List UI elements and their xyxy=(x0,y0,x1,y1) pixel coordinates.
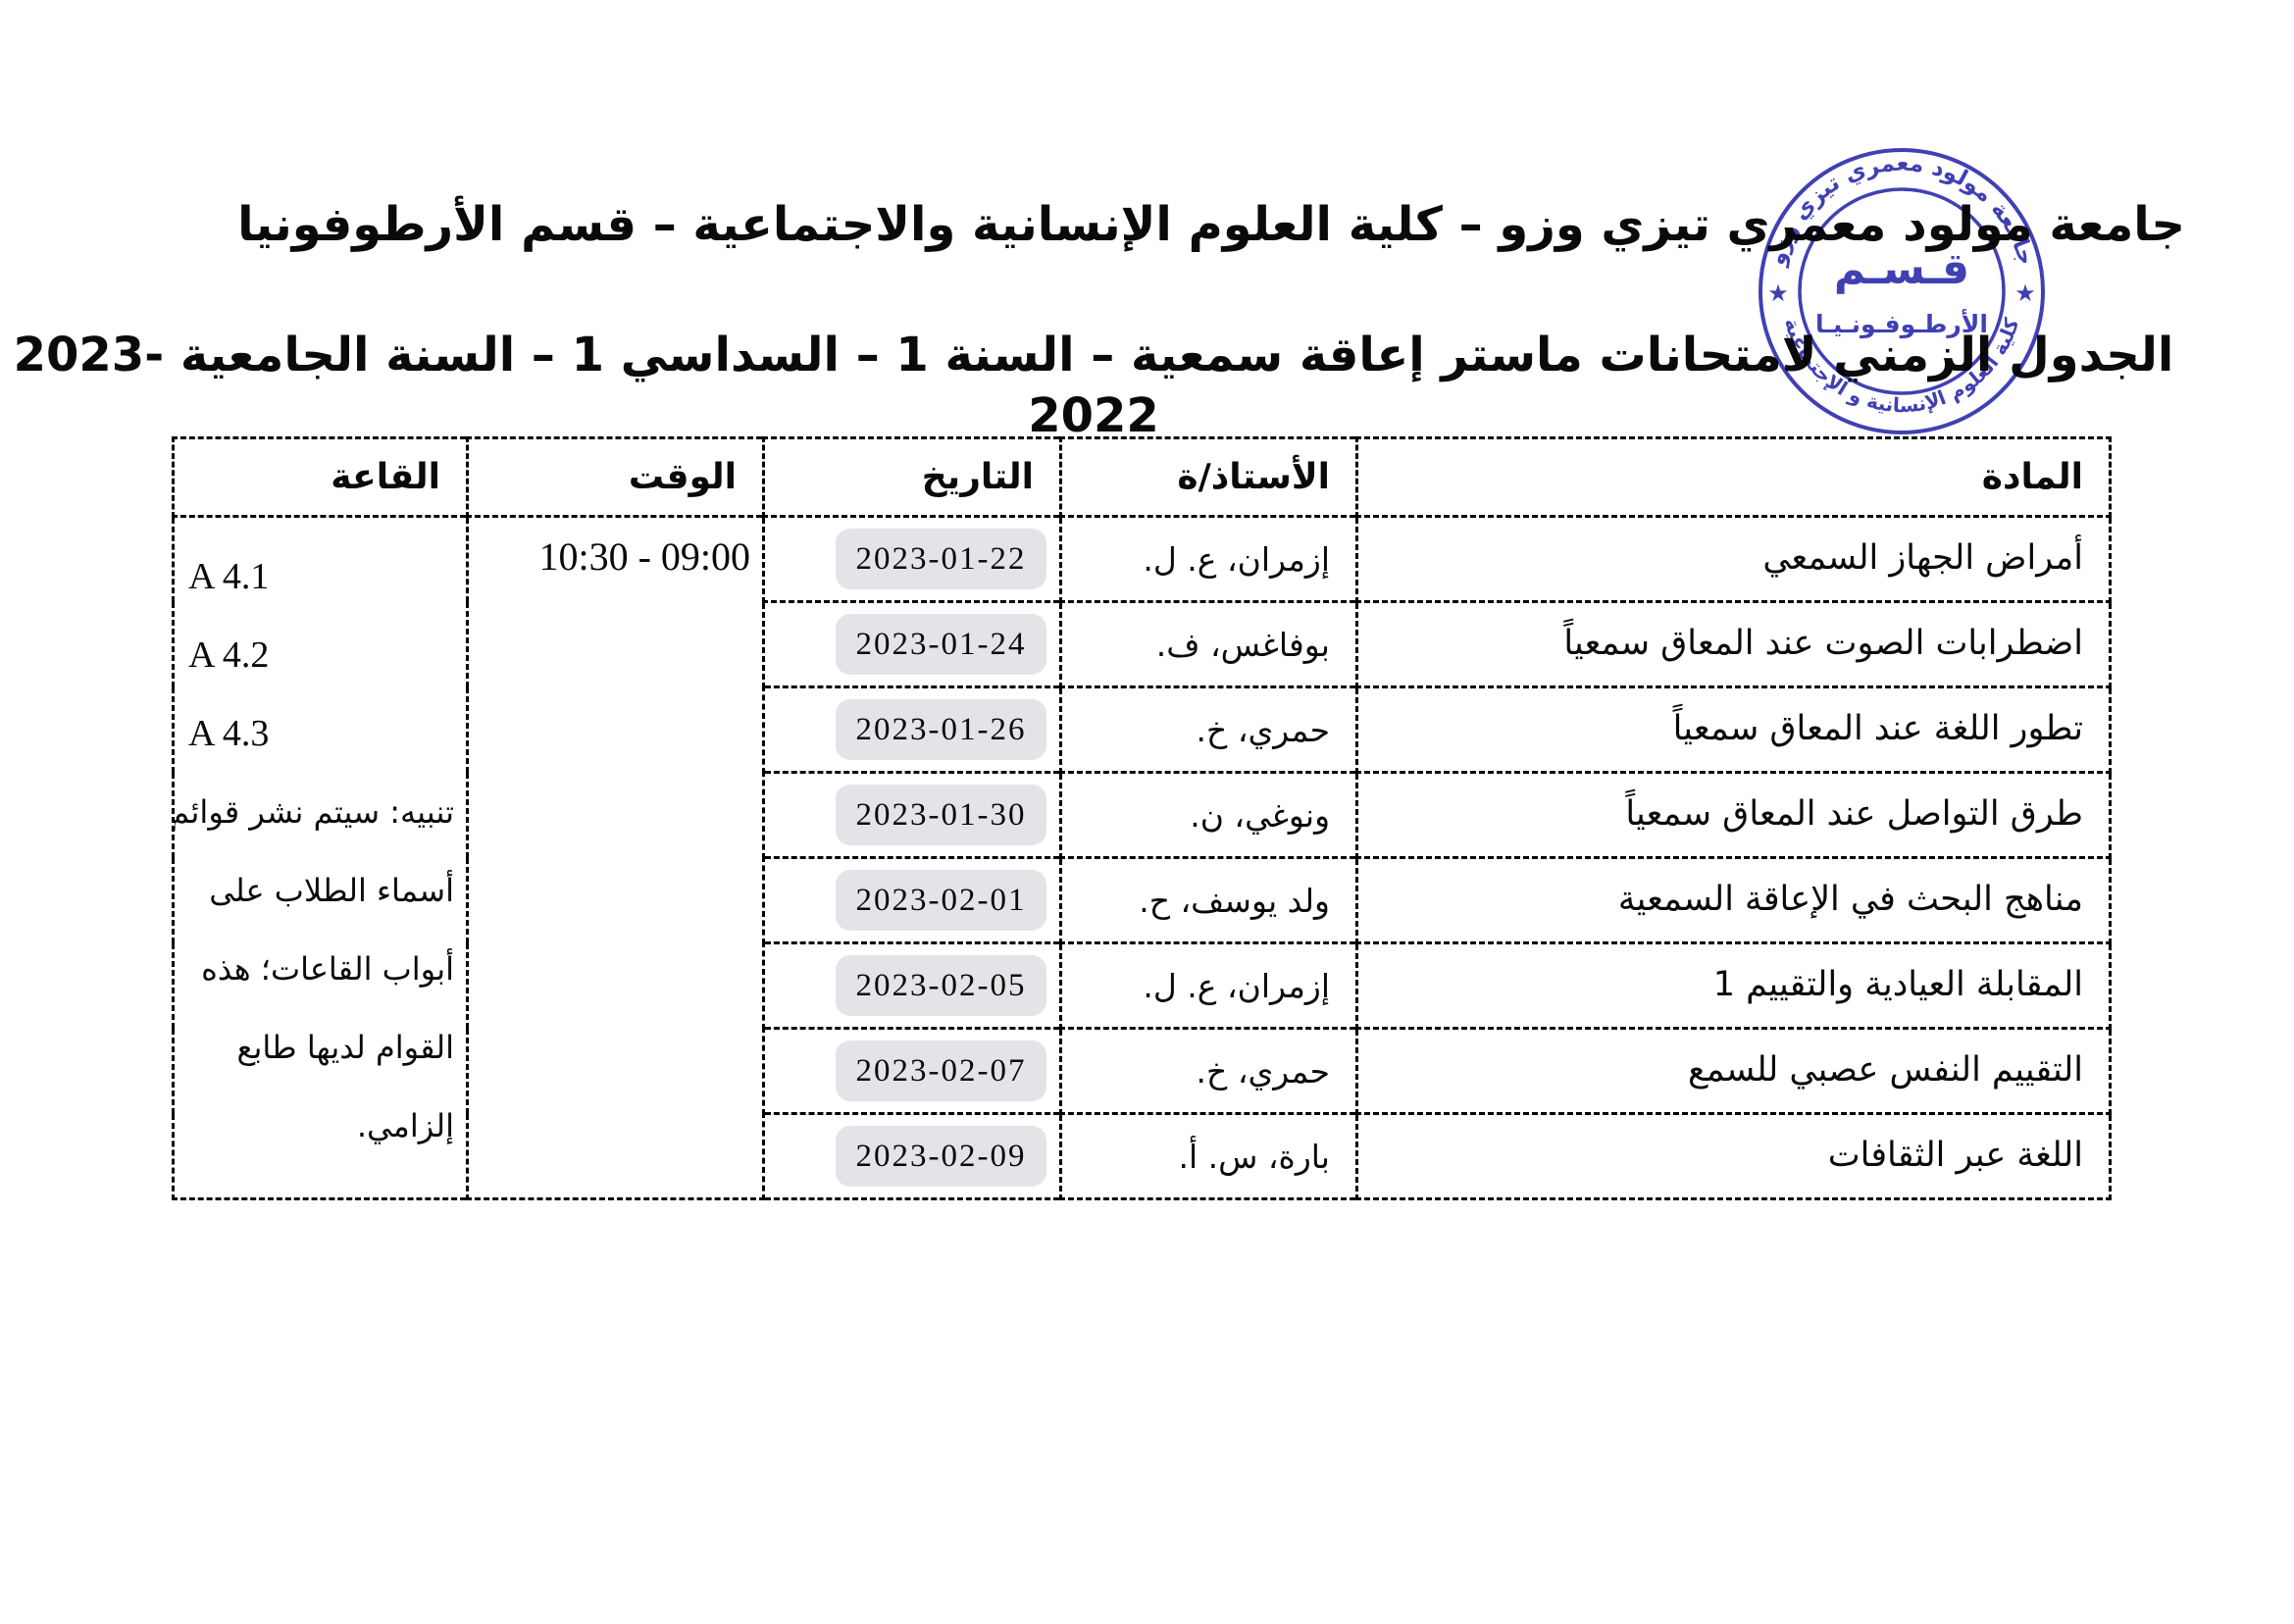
subject-cell: اللغة عبر الثقافات xyxy=(1357,1114,2111,1199)
table-row: أمراض الجهاز السمعي إزمران، ع. ل. 2023-0… xyxy=(174,517,2111,602)
professor-cell: إزمران، ع. ل. xyxy=(1061,943,1357,1029)
header-professor: الأستاذ/ة xyxy=(1061,438,1357,517)
subject-cell: تطور اللغة عند المعاق سمعياً xyxy=(1357,687,2111,773)
professor-cell: بوفاغس، ف. xyxy=(1061,602,1357,687)
room-note-line: تنبيه: سيتم نشر قوائم xyxy=(184,773,454,851)
date-badge: 2023-01-26 xyxy=(836,699,1046,760)
header-time: الوقت xyxy=(468,438,764,517)
room-name: A 4.2 xyxy=(184,616,454,694)
room-note-line: إلزامي. xyxy=(184,1087,454,1165)
stamp-department-name: الأرطـوفـونـيـا xyxy=(1815,309,1988,339)
date-badge: 2023-01-22 xyxy=(836,529,1046,589)
room-cell: A 4.1 A 4.2 A 4.3 تنبيه: سيتم نشر قوائم … xyxy=(174,517,468,1199)
date-cell: 2023-02-09 xyxy=(764,1114,1061,1199)
professor-cell: بارة، س. أ. xyxy=(1061,1114,1357,1199)
date-cell: 2023-02-01 xyxy=(764,858,1061,943)
professor-cell: ولد يوسف، ح. xyxy=(1061,858,1357,943)
stamp-star-right-icon: ★ xyxy=(2014,279,2036,307)
professor-cell: حمري، خ. xyxy=(1061,1029,1357,1114)
header-subject: المادة xyxy=(1357,438,2111,517)
date-cell: 2023-02-05 xyxy=(764,943,1061,1029)
stamp-star-left-icon: ★ xyxy=(1767,279,1789,307)
room-note-line: القوام لديها طابع xyxy=(184,1008,454,1087)
subject-cell: طرق التواصل عند المعاق سمعياً xyxy=(1357,773,2111,858)
time-range: 10:30 - 09:00 xyxy=(538,534,750,579)
date-cell: 2023-01-26 xyxy=(764,687,1061,773)
header-room: القاعة xyxy=(174,438,468,517)
date-cell: 2023-01-24 xyxy=(764,602,1061,687)
subject-cell: المقابلة العيادية والتقييم 1 xyxy=(1357,943,2111,1029)
subject-cell: اضطرابات الصوت عند المعاق سمعياً xyxy=(1357,602,2111,687)
professor-cell: حمري، خ. xyxy=(1061,687,1357,773)
date-cell: 2023-01-30 xyxy=(764,773,1061,858)
room-note: تنبيه: سيتم نشر قوائم أسماء الطلاب على أ… xyxy=(184,773,454,1165)
department-stamp-icon: جامعة مولود معمري تيزي وزو كلية العلوم ا… xyxy=(1755,144,2049,438)
room-note-line: أسماء الطلاب على xyxy=(184,851,454,930)
time-cell: 10:30 - 09:00 xyxy=(468,517,764,1199)
date-badge: 2023-02-01 xyxy=(836,870,1046,931)
subject-cell: مناهج البحث في الإعاقة السمعية xyxy=(1357,858,2111,943)
exam-schedule-table: المادة الأستاذ/ة التاريخ الوقت القاعة أم… xyxy=(172,436,2112,1200)
room-name: A 4.3 xyxy=(184,694,454,773)
date-cell: 2023-02-07 xyxy=(764,1029,1061,1114)
date-cell: 2023-01-22 xyxy=(764,517,1061,602)
room-name: A 4.1 xyxy=(184,537,454,616)
subject-cell: التقييم النفس عصبي للسمع xyxy=(1357,1029,2111,1114)
professor-cell: إزمران، ع. ل. xyxy=(1061,517,1357,602)
date-badge: 2023-01-30 xyxy=(836,785,1046,845)
room-note-line: أبواب القاعات؛ هذه xyxy=(184,930,454,1008)
header-date: التاريخ xyxy=(764,438,1061,517)
date-badge: 2023-02-09 xyxy=(836,1126,1046,1187)
date-badge: 2023-02-07 xyxy=(836,1040,1046,1101)
stamp-department-word: قـسـم xyxy=(1834,244,1969,294)
date-badge: 2023-02-05 xyxy=(836,955,1046,1016)
header-row: المادة الأستاذ/ة التاريخ الوقت القاعة xyxy=(174,438,2111,517)
professor-cell: ونوغي، ن. xyxy=(1061,773,1357,858)
subject-cell: أمراض الجهاز السمعي xyxy=(1357,517,2111,602)
date-badge: 2023-01-24 xyxy=(836,614,1046,675)
